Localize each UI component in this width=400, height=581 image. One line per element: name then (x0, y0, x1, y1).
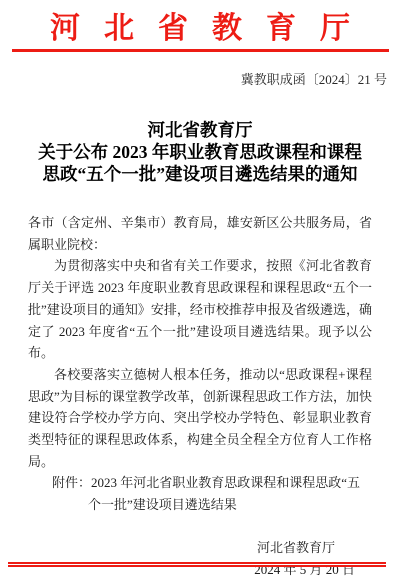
document-title-line-1: 河北省教育厅 (0, 119, 400, 141)
document-title-line-3: 思政“五个一批”建设项目遴选结果的通知 (0, 163, 400, 185)
signature-block: 河北省教育厅 2024 年 5 月 20 日 (0, 537, 400, 581)
document-body: 各市（含定州、辛集市）教育局，雄安新区公共服务局，省属职业院校： 为贯彻落实中央… (0, 212, 400, 516)
document-title-line-2: 关于公布 2023 年职业教育思政课程和课程 (0, 141, 400, 163)
letterhead: 河北省教育厅 (0, 0, 400, 45)
letterhead-agency-name: 河北省教育厅 (50, 13, 374, 45)
footer-double-red-rule (8, 562, 386, 567)
body-paragraph-2: 各校要落实立德树人根本任务，推动以“思政课程+课程思政”为目标的课堂教学改革，创… (28, 364, 372, 473)
body-paragraph-1: 为贯彻落实中央和省有关工作要求，按照《河北省教育厅关于评选 2023 年度职业教… (28, 255, 372, 364)
document-number: 冀教职成函〔2024〕21 号 (0, 69, 400, 88)
letterhead-red-rule (12, 49, 389, 52)
attachment-line: 附件：2023 年河北省职业教育思政课程和课程思政“五个一批”建设项目遴选结果 (28, 472, 372, 515)
official-document-page: 河北省教育厅 冀教职成函〔2024〕21 号 河北省教育厅 关于公布 2023 … (0, 0, 400, 581)
signature-agency: 河北省教育厅 (0, 537, 400, 559)
document-title: 河北省教育厅 关于公布 2023 年职业教育思政课程和课程 思政“五个一批”建设… (0, 119, 400, 185)
recipients-line: 各市（含定州、辛集市）教育局，雄安新区公共服务局，省属职业院校： (28, 212, 372, 255)
